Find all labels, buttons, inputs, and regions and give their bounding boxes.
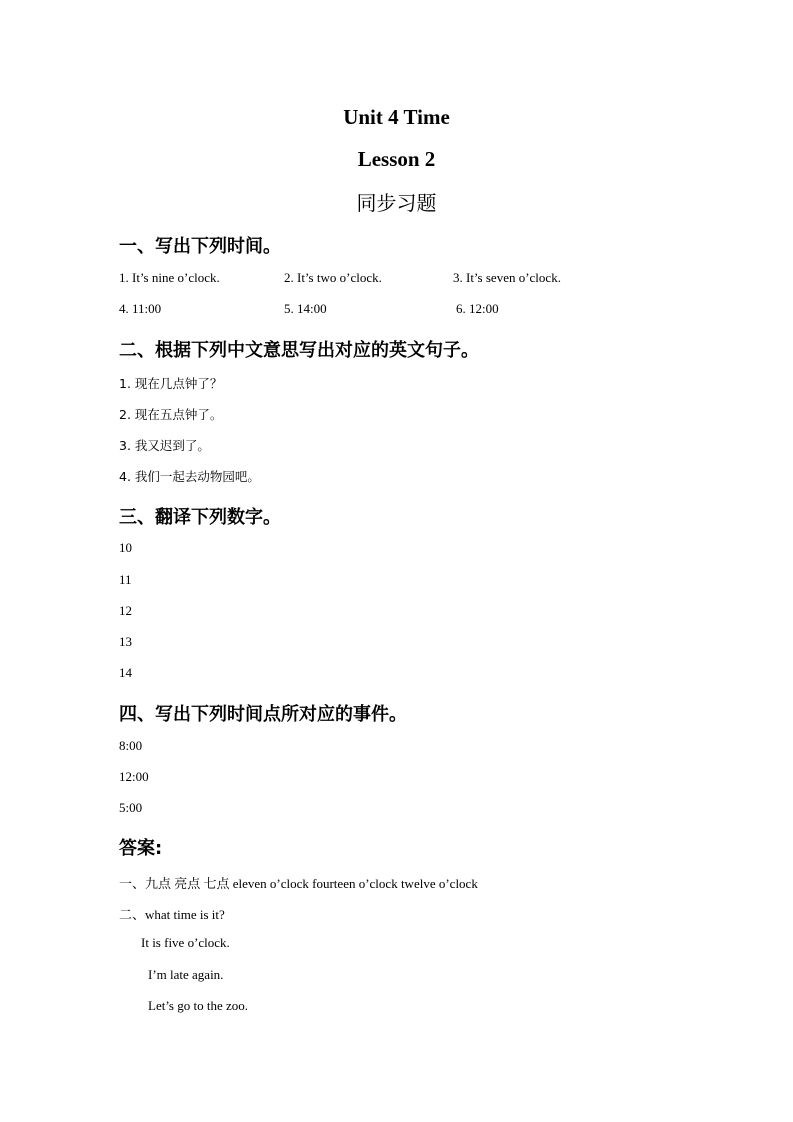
section-3-item-1: 10 <box>119 540 132 556</box>
section-4-item-1: 8:00 <box>119 738 142 754</box>
section-2-item-2: 2. 现在五点钟了。 <box>119 405 222 423</box>
section-3-heading: 三、翻译下列数字。 <box>119 503 281 529</box>
section-3-item-3: 12 <box>119 603 132 619</box>
section-1-item-4: 4. 11:00 <box>119 301 161 317</box>
section-3-item-2: 11 <box>119 572 132 588</box>
section-1-item-6: 6. 12:00 <box>456 301 499 317</box>
answer-2-line-2: It is five o’clock. <box>141 935 230 951</box>
lesson-title: Lesson 2 <box>0 147 793 172</box>
section-2-item-1: 1. 现在几点钟了？ <box>119 374 222 392</box>
answer-2: 二、what time is it? <box>119 904 225 923</box>
answer-2-line-3: I’m late again. <box>148 967 223 983</box>
section-4-item-3: 5:00 <box>119 800 142 816</box>
section-2-item-4: 4. 我们一起去动物园吧。 <box>119 467 260 485</box>
section-1-item-3: 3. It’s seven o’clock. <box>453 270 561 286</box>
section-3-item-5: 14 <box>119 665 132 681</box>
answer-2-line-4: Let’s go to the zoo. <box>148 998 248 1014</box>
section-1-item-5: 5. 14:00 <box>284 301 327 317</box>
section-2-heading: 二、根据下列中文意思写出对应的英文句子。 <box>119 336 479 362</box>
section-4-item-2: 12:00 <box>119 769 149 785</box>
section-1-item-1: 1. It’s nine o’clock. <box>119 270 220 286</box>
answers-heading: 答案: <box>119 834 162 860</box>
exercise-title: 同步习题 <box>0 187 793 216</box>
section-1-item-2: 2. It’s two o’clock. <box>284 270 382 286</box>
answer-1: 一、九点 亮点 七点 eleven o’clock fourteen o’clo… <box>119 873 478 892</box>
document-title: Unit 4 Time <box>0 105 793 130</box>
section-3-item-4: 13 <box>119 634 132 650</box>
section-1-heading: 一、写出下列时间。 <box>119 232 281 258</box>
section-2-item-3: 3. 我又迟到了。 <box>119 436 210 454</box>
section-4-heading: 四、写出下列时间点所对应的事件。 <box>119 700 407 726</box>
